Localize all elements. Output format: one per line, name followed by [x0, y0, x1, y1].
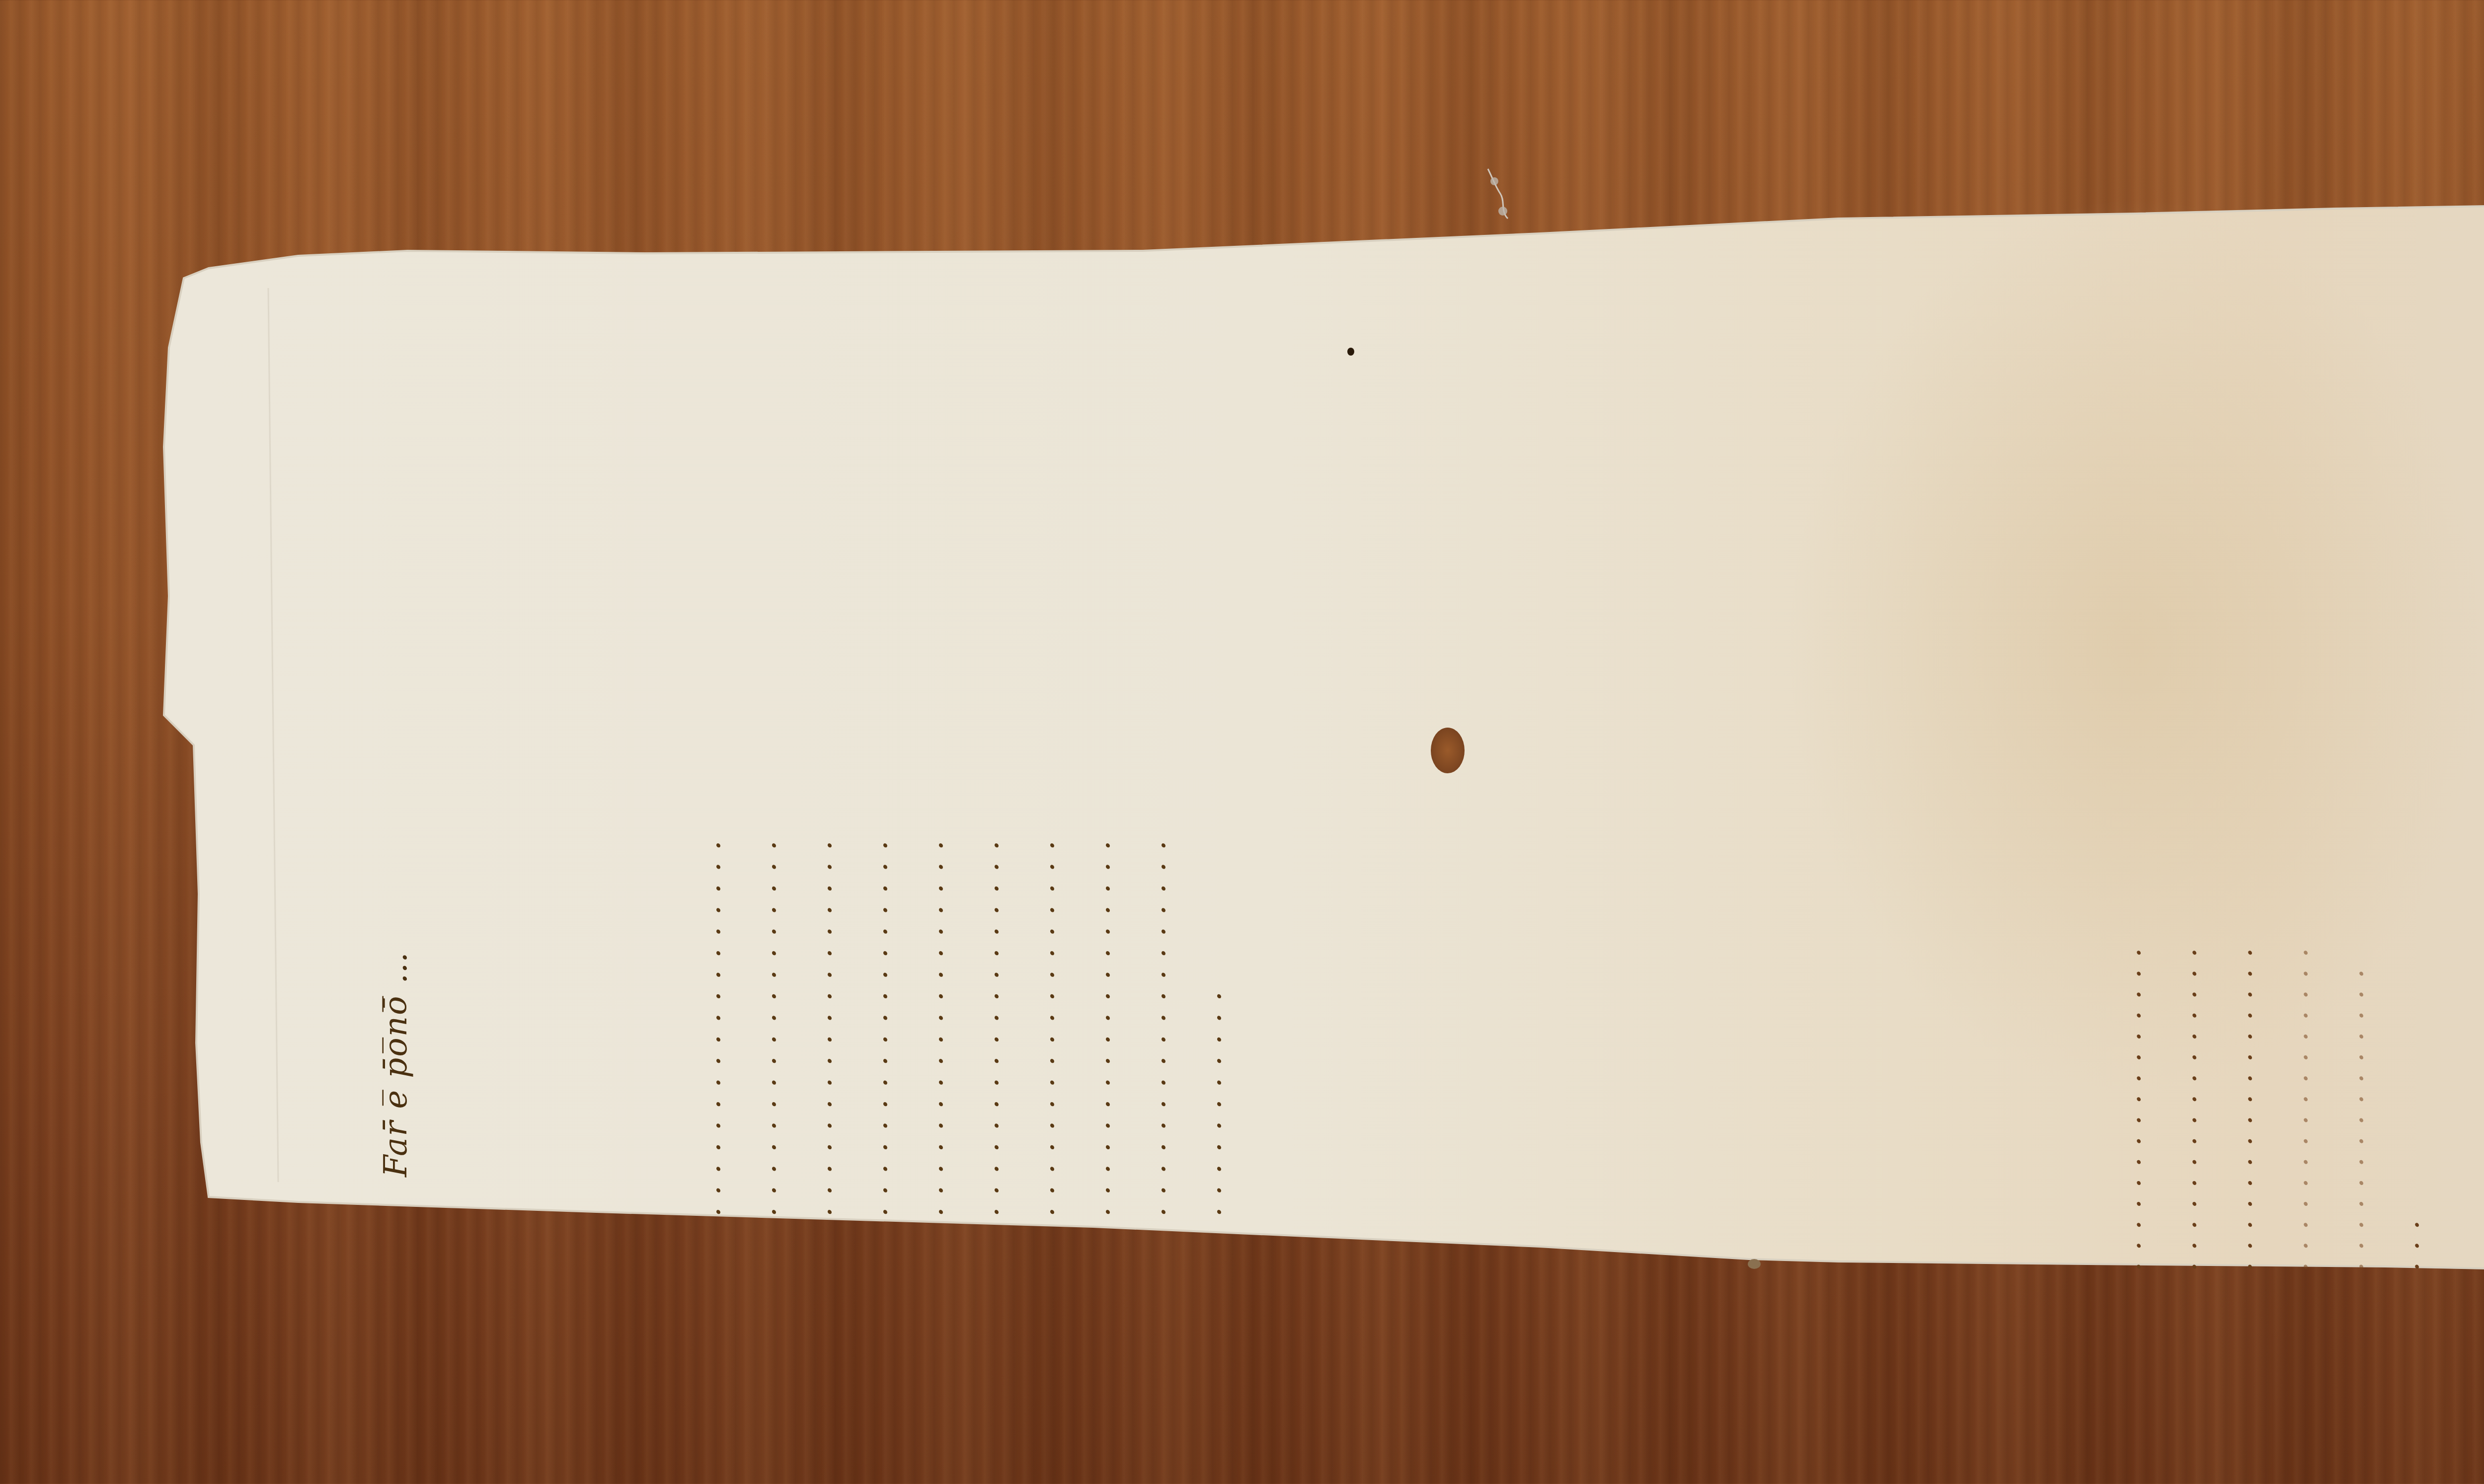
text-line: · · · · · · · · · · · · · · · · · ·	[913, 839, 969, 1217]
text-line: · · · · · · · · · · · · · · · · · ·	[1024, 839, 1080, 1217]
ink-dot	[1347, 348, 1354, 356]
left-note-text: F⁠ar̄ e̅ p̄o̅nō̅ …	[378, 951, 414, 1177]
ink-dot	[1748, 1259, 1761, 1269]
left-note: F⁠ar̄ e̅ p̄o̅nō̅ …	[378, 951, 414, 1177]
text-line: · · · · · · · · · · · · · · · ·	[2167, 947, 2223, 1271]
text-line: · · · · · · · · · · · · · · · ·	[2278, 947, 2334, 1271]
text-line: · · ·	[2390, 947, 2445, 1271]
text-line: · · · · · · · · · · · · · · · · · ·	[857, 839, 913, 1217]
text-line: · · · · · · · · · · · · · · · · · ·	[969, 839, 1024, 1217]
text-line: · · · · · · · · · · · · · · · · · ·	[746, 839, 802, 1217]
endorsement-block: · · · · · · · · · · · · · · · · · · · · …	[2111, 947, 2445, 1271]
text-line: · · · · · · · · · · · · · · · · · ·	[1136, 839, 1191, 1217]
text-line: · · · · · · · · · · · · · · ·	[2334, 947, 2390, 1271]
text-line: · · · · · · · · · · · · · · · · · ·	[802, 839, 857, 1217]
text-line: · · · · · · · · · · · · · · · · · ·	[1080, 839, 1136, 1217]
text-line: · · · · · · · · · · · · · · · · · ·	[691, 839, 746, 1217]
main-text-block: · · · · · · · · · · · · · · · · · · · · …	[691, 839, 1247, 1217]
text-line: · · · · · · · · · · ·	[1191, 839, 1247, 1217]
text-line: · · · · · · · · · · · · · · · ·	[2111, 947, 2167, 1271]
text-line: · · · · · · · · · · · · · · · ·	[2223, 947, 2278, 1271]
punch-hole	[1431, 728, 1465, 773]
